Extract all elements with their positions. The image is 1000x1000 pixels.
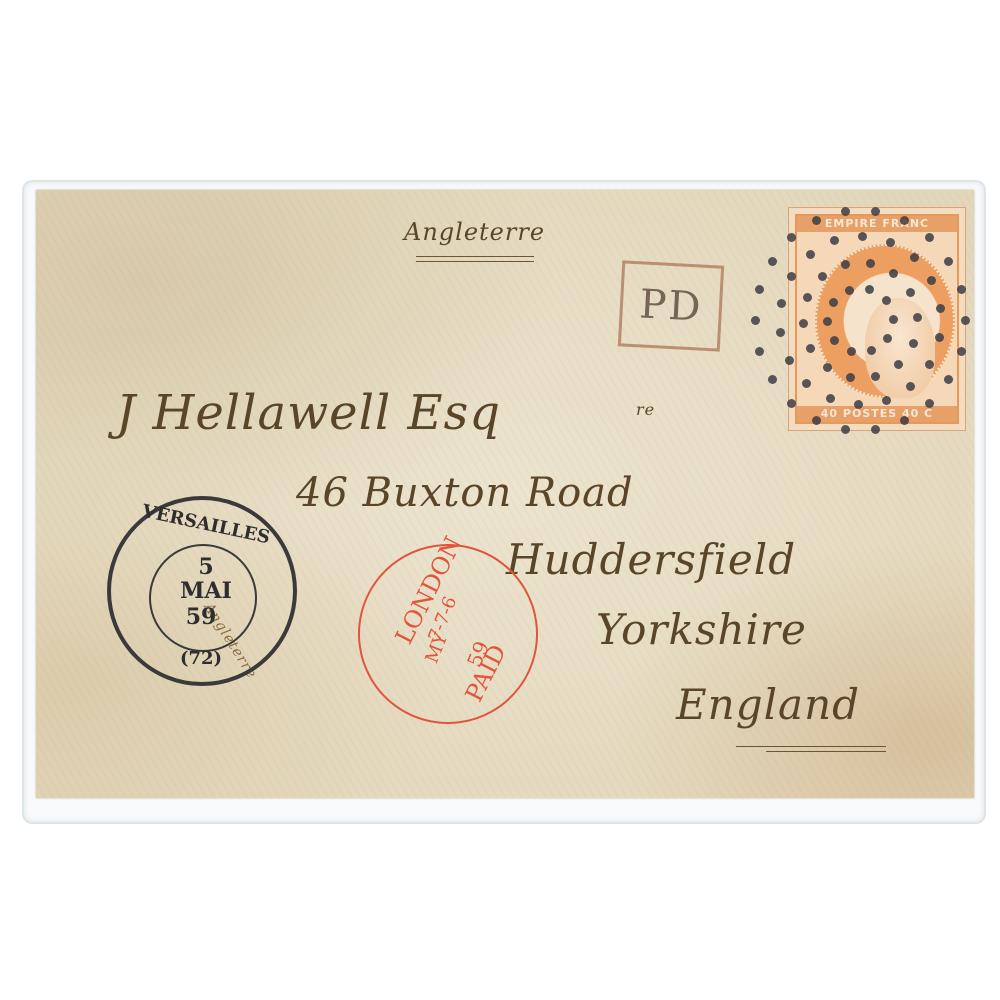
postage-stamp: EMPIRE FRANC 40 POSTES 40 C [788,207,966,431]
cancel-dot [957,285,966,294]
pd-mark: PD [618,260,724,351]
cancel-dot [927,276,936,285]
stamp-frame: EMPIRE FRANC 40 POSTES 40 C [795,214,959,424]
cancel-dot [900,216,909,225]
cancel-dot [768,257,777,266]
postmark-day: 5 [191,554,221,580]
cancel-dot [957,347,966,356]
postmark-month: MAI [166,578,246,604]
address-line-2: 46 Buxton Road [296,470,634,516]
address-line-4: Yorkshire [596,605,807,654]
cancel-dot [777,299,786,308]
cancel-dot [925,399,934,408]
cancel-dot [830,336,839,345]
cancel-dot [829,298,838,307]
cancel-dot [854,400,863,409]
cancel-dot [961,316,970,325]
postmark-dept: (72) [151,648,251,669]
cancel-dot [785,356,794,365]
address-underline [736,746,886,747]
versailles-postmark: VERSAILLES 5 MAI 59 (72) [107,496,297,686]
cancel-dot [806,250,815,259]
cancel-dot [900,416,909,425]
cancel-dot [886,238,895,247]
cancel-dot [841,260,850,269]
cancel-dot [913,313,922,322]
cancel-dot [925,233,934,242]
cancel-dot [866,259,875,268]
cancel-dot [925,360,934,369]
cancel-dot [871,425,880,434]
address-line-1: J Hellawell Esq [116,385,501,441]
cancel-dot [806,344,815,353]
cancel-dot [751,316,760,325]
cancel-dot [944,257,953,266]
postmark-year: 59 [171,604,231,630]
stamp-medallion [815,244,955,398]
direction-note: Angleterre [404,218,545,246]
cancel-dot [894,360,903,369]
direction-underline-2 [416,261,534,262]
stamp-top-text: EMPIRE FRANC [797,216,957,232]
cancel-dot [841,425,850,434]
cancel-dot [823,363,832,372]
cancel-dot [871,207,880,216]
cancel-dot [909,339,918,348]
cancel-dot [910,253,919,262]
cancel-dot [787,272,796,281]
cancel-dot [858,232,867,241]
address-line-3: Huddersfield [506,535,796,584]
cancel-dot [799,319,808,328]
direction-underline [416,256,534,257]
cancel-dot [845,286,854,295]
cancel-dot [847,347,856,356]
address-line-5: England [676,680,860,729]
address-line-1-suffix: re [636,400,655,419]
cancel-dot [823,317,832,326]
cancel-dot [889,315,898,324]
cancel-dot [882,396,891,405]
cancel-dot [936,304,945,313]
address-underline-2 [766,751,886,752]
